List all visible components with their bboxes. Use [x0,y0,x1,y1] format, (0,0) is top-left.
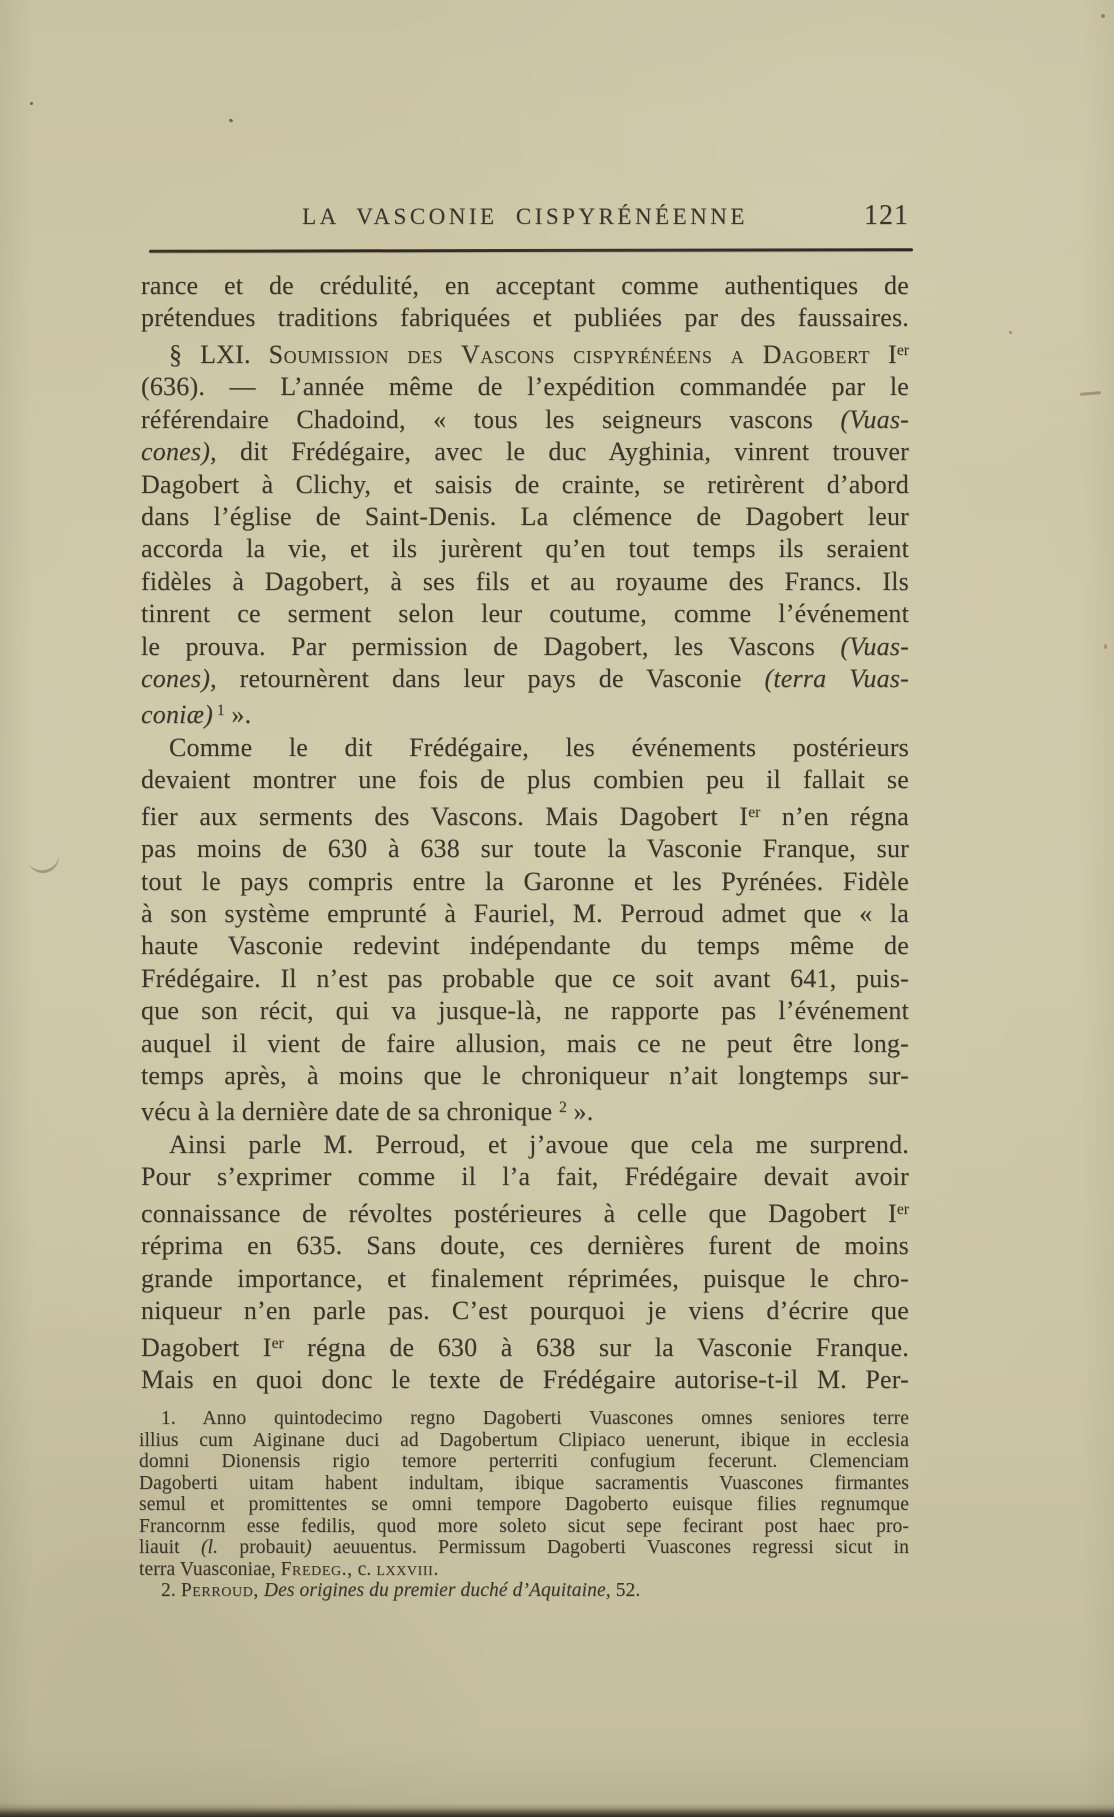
text-line: liauit (l. probauit) aeuuentus. Permissu… [139,1537,909,1559]
text-segment: (terra Vuas- [765,664,909,693]
text-line: cones), retournèrent dans leur pays de V… [141,663,909,695]
text-line: illius cum Aiginane duci ad Dagobertum C… [139,1430,909,1452]
text-segment: (636). — L’année même de l’expédition co… [141,372,909,401]
header-rule [149,248,913,252]
footnote-reference: er [897,342,909,359]
text-segment: . [433,1559,438,1580]
text-segment: Dagoberti uitam habent indultam, ibique … [139,1473,909,1494]
text-line: que son récit, qui va jusque-là, ne rapp… [141,995,909,1027]
paper-speck [1104,644,1107,649]
text-segment: Comme le dit Frédégaire, les événements … [169,733,909,762]
text-line: § LXI. Soumission des Vascons cispyrénée… [141,335,909,372]
pencil-curve-mark [26,846,63,876]
text-line: le prouva. Par permission de Dagobert, l… [141,631,909,663]
text-segment: Mais en quoi donc le texte de Frédégaire… [141,1365,909,1394]
paragraph: rance et de crédulité, en acceptant comm… [141,270,909,335]
text-line: rance et de crédulité, en acceptant comm… [141,270,909,302]
text-segment: Dagobert I [141,1333,272,1362]
footnote-reference: 1 [213,702,225,719]
text-line: prétendues traditions fabriquées et publ… [141,302,909,334]
text-line: coniæ) 1 ». [141,695,909,732]
text-segment: dans l’église de Saint-Denis. La clémenc… [141,502,909,531]
text-segment: niqueur n’en parle pas. C’est pourquoi j… [141,1296,909,1325]
text-segment: I [870,340,897,369]
text-segment: dit Frédégaire, avec le duc Ayghinia, vi… [217,437,909,466]
text-segment: Des origines du premier duché d’Aquitain… [264,1580,611,1601]
paragraph: 1. Anno quintodecimo regno Dagoberti Vua… [139,1408,909,1580]
text-line: pas moins de 630 à 638 sur toute la Vasc… [141,833,909,865]
page-bottom-edge-shadow [0,1803,1114,1817]
text-line: Dagobert à Clichy, et saisis de crainte,… [141,469,909,501]
text-line: tout le pays compris entre la Garonne et… [141,866,909,898]
text-segment: Francornm esse fedilis, quod more soleto… [139,1516,909,1537]
text-segment: auquel il vient de faire allusion, mais … [141,1029,909,1058]
text-segment: Pour s’exprimer comme il l’a fait, Frédé… [141,1162,909,1191]
text-line: référendaire Chadoind, « tous les seigne… [141,404,909,436]
text-line: 1. Anno quintodecimo regno Dagoberti Vua… [139,1408,909,1430]
text-segment: domni Dionensis rigio temore perterriti … [139,1451,909,1472]
text-segment: devaient montrer une fois de plus combie… [141,765,909,794]
footnote-reference: er [748,804,760,821]
text-segment: le prouva. Par permission de Dagobert, l… [141,632,840,661]
text-segment: Frédégaire. Il n’est pas probable que ce… [141,964,909,993]
paragraph: Ainsi parle M. Perroud, et j’avoue que c… [141,1129,909,1396]
text-line: haute Vasconie redevint indépendante du … [141,930,909,962]
text-segment: rance et de crédulité, en acceptant comm… [141,271,909,300]
text-segment: (Vuas- [840,405,909,434]
text-segment: temps après, à moins que le chroniqueur … [141,1061,909,1090]
text-segment: Fredeg., [281,1559,353,1580]
text-segment: terra Vuasconiae, [139,1559,281,1580]
text-line: fidèles à Dagobert, à ses fils et au roy… [141,566,909,598]
text-segment: probauit [239,1537,305,1558]
running-header-title: LA VASCONIE CISPYRÉNÉENNE [302,204,748,230]
text-line: domni Dionensis rigio temore perterriti … [139,1451,909,1473]
text-segment: ) [305,1537,312,1558]
paper-speck [30,102,33,105]
text-line: Mais en quoi donc le texte de Frédégaire… [141,1364,909,1396]
text-segment: § LXI. [169,340,269,369]
text-line: à son système emprunté à Fauriel, M. Per… [141,898,909,930]
text-segment: lxxviii [376,1559,433,1580]
text-segment: référendaire Chadoind, « tous les seigne… [141,405,840,434]
text-line: (636). — L’année même de l’expédition co… [141,371,909,403]
text-segment: connaissance de révoltes postérieures à … [141,1199,897,1228]
text-segment: que son récit, qui va jusque-là, ne rapp… [141,996,909,1025]
footnote-reference: er [272,1335,284,1352]
text-segment: tinrent ce serment selon leur coutume, c… [141,599,909,628]
text-line: fier aux serments des Vascons. Mais Dago… [141,797,909,834]
footnote-reference: 2 [559,1099,567,1116]
text-segment: prétendues traditions fabriquées et publ… [141,303,909,332]
text-segment: haute Vasconie redevint indépendante du … [141,931,909,960]
pencil-dash-mark [1080,391,1101,396]
text-segment: illius cum Aiginane duci ad Dagobertum C… [139,1430,909,1451]
text-line: cones), dit Frédégaire, avec le duc Aygh… [141,436,909,468]
text-line: Francornm esse fedilis, quod more soleto… [139,1516,909,1538]
text-segment: Soumission des Vascons cispyrénéens a Da… [269,340,871,369]
text-segment: 1. Anno quintodecimo regno Dagoberti Vua… [161,1408,909,1429]
text-line: Frédégaire. Il n’est pas probable que ce… [141,963,909,995]
text-segment: cones), [141,664,217,693]
text-segment: ». [567,1098,594,1127]
text-segment: liauit [139,1537,201,1558]
text-line: 2. Perroud, Des origines du premier duch… [139,1580,909,1602]
text-segment: Ainsi parle M. Perroud, et j’avoue que c… [169,1130,909,1159]
paper-speck [1101,14,1105,18]
text-line: dans l’église de Saint-Denis. La clémenc… [141,501,909,533]
text-segment: fidèles à Dagobert, à ses fils et au roy… [141,567,909,596]
page-number: 121 [864,200,909,232]
text-line: grande importance, et finalement réprimé… [141,1263,909,1295]
paragraph: Comme le dit Frédégaire, les événements … [141,732,909,1129]
text-segment: réprima en 635. Sans doute, ces dernière… [141,1231,909,1260]
text-segment: grande importance, et finalement réprimé… [141,1264,909,1293]
page-body-text: rance et de crédulité, en acceptant comm… [141,270,909,1396]
text-segment: régna de 630 à 638 sur la Vasconie Franq… [284,1333,909,1362]
text-segment: Perroud, [181,1580,259,1601]
text-segment: à son système emprunté à Fauriel, M. Per… [141,899,909,928]
text-line: Pour s’exprimer comme il l’a fait, Frédé… [141,1161,909,1193]
text-segment: ». [225,701,252,730]
text-segment: semul et promittentes se omni tempore Da… [139,1494,909,1515]
text-line: Dagobert Ier régna de 630 à 638 sur la V… [141,1328,909,1365]
text-segment: (Vuas- [840,632,909,661]
text-segment: retournèrent dans leur pays de Vasconie [217,664,765,693]
text-segment: c. [353,1559,377,1580]
text-line: réprima en 635. Sans doute, ces dernière… [141,1230,909,1262]
text-line: vécu à la dernière date de sa chronique … [141,1092,909,1129]
text-segment: 52. [611,1580,641,1601]
text-line: Comme le dit Frédégaire, les événements … [141,732,909,764]
text-line: semul et promittentes se omni tempore Da… [139,1494,909,1516]
paper-speck [1009,331,1012,334]
footnotes-block: 1. Anno quintodecimo regno Dagoberti Vua… [139,1408,909,1602]
running-header: LA VASCONIE CISPYRÉNÉENNE 121 [141,202,909,236]
text-line: Ainsi parle M. Perroud, et j’avoue que c… [141,1129,909,1161]
text-segment: Dagobert à Clichy, et saisis de crainte,… [141,470,909,499]
text-segment: cones), [141,437,217,466]
text-line: auquel il vient de faire allusion, mais … [141,1028,909,1060]
text-line: tinrent ce serment selon leur coutume, c… [141,598,909,630]
text-segment: accorda la vie, et ils jurèrent qu’en to… [141,534,909,563]
footnote-reference: er [897,1201,909,1218]
text-segment: tout le pays compris entre la Garonne et… [141,867,909,896]
text-segment: coniæ) [141,701,213,730]
text-line: Dagoberti uitam habent indultam, ibique … [139,1473,909,1495]
text-segment: n’en régna [760,802,909,831]
text-segment: aeuuentus. Permissum Dagoberti Vuascones… [312,1537,909,1558]
paper-speck [229,118,234,123]
text-segment: 2. [161,1580,181,1601]
scanned-book-page: LA VASCONIE CISPYRÉNÉENNE 121 rance et d… [0,0,1114,1817]
text-segment: fier aux serments des Vascons. Mais Dago… [141,802,748,831]
paragraph: § LXI. Soumission des Vascons cispyrénée… [141,335,909,732]
text-line: temps après, à moins que le chroniqueur … [141,1060,909,1092]
text-segment: pas moins de 630 à 638 sur toute la Vasc… [141,834,909,863]
text-line: niqueur n’en parle pas. C’est pourquoi j… [141,1295,909,1327]
text-line: accorda la vie, et ils jurèrent qu’en to… [141,533,909,565]
paragraph: 2. Perroud, Des origines du premier duch… [139,1580,909,1602]
text-segment: vécu à la dernière date de sa chronique [141,1098,559,1127]
text-line: terra Vuasconiae, Fredeg., c. lxxviii. [139,1559,909,1581]
text-line: connaissance de révoltes postérieures à … [141,1194,909,1231]
text-segment: (l. [201,1537,239,1558]
text-line: devaient montrer une fois de plus combie… [141,764,909,796]
